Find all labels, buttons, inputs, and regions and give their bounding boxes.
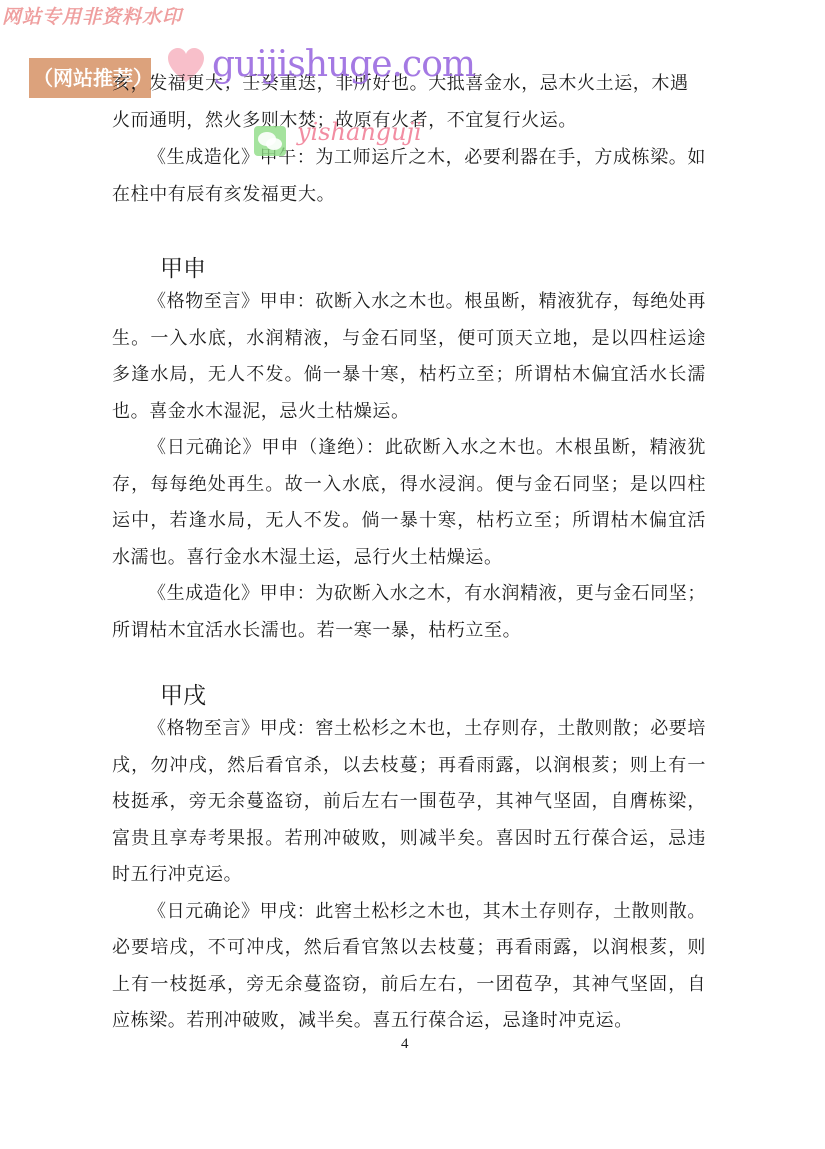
section-heading-jiashen: 甲申 [160, 250, 206, 283]
intro-paragraph-2: 《生成造化》甲午：为工师运斤之木，必要利器在手，方成栋梁。如在柱中有辰有亥发福更… [112, 140, 706, 213]
section-jiashen: 《格物至言》甲申：砍断入水之木也。根虽断，精液犹存，每绝处再生。一入水底，水润精… [112, 284, 706, 649]
watermark-wechat-id: yishanguji [297, 118, 422, 146]
wechat-icon [254, 126, 286, 156]
paragraph: 《格物至言》甲戌：窖土松杉之木也，土存则存，土散则散；必要培戌，勿冲戌，然后看官… [112, 711, 706, 894]
paragraph: 《生成造化》甲申：为砍断入水之木，有水润精液，更与金石同坚；所谓枯木宜活水长濡也… [112, 576, 706, 649]
section-jiaxu: 《格物至言》甲戌：窖土松杉之木也，土存则存，土散则散；必要培戌，勿冲戌，然后看官… [112, 711, 706, 1040]
paragraph: 《日元确论》甲申（逢绝）：此砍断入水之木也。木根虽断，精液犹存，每每绝处再生。故… [112, 430, 706, 576]
section-heading-jiaxu: 甲戌 [160, 677, 206, 710]
watermark-top-left: 网站专用非资料水印 [2, 2, 182, 29]
paragraph: 《格物至言》甲申：砍断入水之木也。根虽断，精液犹存，每绝处再生。一入水底，水润精… [112, 284, 706, 430]
page-number: 4 [401, 1036, 409, 1053]
watermark-site: guijishuge.com [212, 44, 475, 85]
paragraph: 《日元确论》甲戌：此窖土松杉之木也，其木土存则存，土散则散。必要培戌，不可冲戌，… [112, 894, 706, 1040]
